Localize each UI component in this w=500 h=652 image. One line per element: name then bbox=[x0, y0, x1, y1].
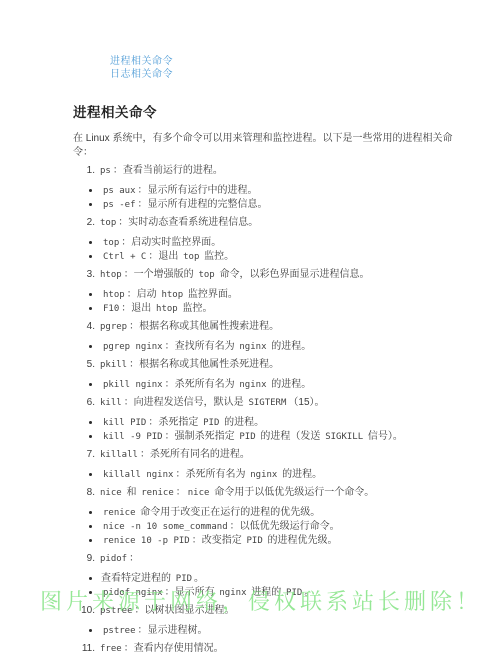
inline-code: top bbox=[100, 218, 116, 228]
list-number: 5. bbox=[81, 358, 95, 372]
list-number: 6. bbox=[81, 396, 95, 410]
inline-code: PID bbox=[286, 588, 302, 598]
section-heading: 进程相关命令 bbox=[73, 101, 472, 121]
inline-code: pgrep bbox=[100, 322, 127, 332]
command-title: 11.free：查看内存使用情况。 bbox=[81, 642, 472, 652]
command-group: 1.ps：查看当前运行的进程。ps aux：显示所有运行中的进程。ps -ef：… bbox=[81, 164, 472, 212]
inline-code: nginx bbox=[239, 380, 266, 390]
command-group: 5.pkill：根据名称或其他属性杀死进程。pkill nginx：杀死所有名为… bbox=[81, 358, 472, 392]
command-group: 4.pgrep：根据名称或其他属性搜索进程。pgrep nginx：查找所有名为… bbox=[81, 320, 472, 354]
bullet-dot-icon bbox=[89, 525, 92, 528]
bullet-dot-icon bbox=[89, 255, 92, 258]
bullet-dot-icon bbox=[89, 473, 92, 476]
bullet-list: pgrep nginx：查找所有名为 nginx 的进程。 bbox=[81, 340, 472, 354]
inline-code: ps aux bbox=[103, 186, 136, 196]
inline-code: kill bbox=[100, 398, 122, 408]
list-number: 3. bbox=[81, 268, 95, 282]
bullet-item: pkill nginx：杀死所有名为 nginx 的进程。 bbox=[89, 378, 472, 392]
inline-code: PID bbox=[203, 418, 219, 428]
command-group: 10.pstree：以树状图显示进程。pstree：显示进程树。 bbox=[81, 604, 472, 638]
command-title: 7.killall：杀死所有同名的进程。 bbox=[81, 448, 472, 462]
bullet-dot-icon bbox=[89, 591, 92, 594]
bullet-list: ps aux：显示所有运行中的进程。ps -ef：显示所有进程的完整信息。 bbox=[81, 184, 472, 212]
command-group: 2.top：实时动态查看系统进程信息。top：启动实时监控界面。Ctrl + C… bbox=[81, 216, 472, 264]
bullet-dot-icon bbox=[89, 203, 92, 206]
inline-code: SIGTERM bbox=[248, 398, 286, 408]
inline-code: PID bbox=[239, 432, 255, 442]
inline-code: htop bbox=[103, 290, 125, 300]
inline-code: pkill nginx bbox=[103, 380, 163, 390]
bullet-item: htop：启动 htop 监控界面。 bbox=[89, 288, 472, 302]
command-group: 9.pidof：查看特定进程的 PID。pidof nginx：显示所有 ngi… bbox=[81, 552, 472, 600]
inline-code: renice bbox=[141, 488, 174, 498]
bullet-dot-icon bbox=[89, 241, 92, 244]
bullet-dot-icon bbox=[89, 539, 92, 542]
bullet-item: kill -9 PID：强制杀死指定 PID 的进程（发送 SIGKILL 信号… bbox=[89, 430, 472, 444]
bullet-list: 查看特定进程的 PID。pidof nginx：显示所有 nginx 进程的 P… bbox=[81, 572, 472, 600]
bullet-item: ps aux：显示所有运行中的进程。 bbox=[89, 184, 472, 198]
inline-code: pstree bbox=[100, 606, 133, 616]
bullet-dot-icon bbox=[89, 345, 92, 348]
inline-code: ps bbox=[100, 166, 111, 176]
list-number: 10. bbox=[81, 604, 95, 618]
command-title: 1.ps：查看当前运行的进程。 bbox=[81, 164, 472, 178]
command-group: 7.killall：杀死所有同名的进程。killall nginx：杀死所有名为… bbox=[81, 448, 472, 482]
inline-code: nice -n 10 some_command bbox=[103, 522, 228, 532]
inline-code: pidof nginx bbox=[103, 588, 163, 598]
inline-code: top bbox=[183, 252, 199, 262]
bullet-item: nice -n 10 some_command：以低优先级运行命令。 bbox=[89, 520, 472, 534]
bullet-dot-icon bbox=[89, 511, 92, 514]
bullet-item: killall nginx：杀死所有名为 nginx 的进程。 bbox=[89, 468, 472, 482]
list-number: 7. bbox=[81, 448, 95, 462]
list-number: 4. bbox=[81, 320, 95, 334]
bullet-item: pgrep nginx：查找所有名为 nginx 的进程。 bbox=[89, 340, 472, 354]
command-group: 11.free：查看内存使用情况。 bbox=[81, 642, 472, 652]
bullet-dot-icon bbox=[89, 307, 92, 310]
bullet-item: top：启动实时监控界面。 bbox=[89, 236, 472, 250]
inline-code: PID bbox=[176, 574, 192, 584]
bullet-list: pkill nginx：杀死所有名为 nginx 的进程。 bbox=[81, 378, 472, 392]
inline-code: free bbox=[100, 644, 122, 652]
command-title: 9.pidof： bbox=[81, 552, 472, 566]
toc-links: 进程相关命令 日志相关命令 bbox=[110, 55, 472, 81]
inline-code: pidof bbox=[100, 554, 127, 564]
bullet-dot-icon bbox=[89, 421, 92, 424]
inline-code: pkill bbox=[100, 360, 127, 370]
inline-code: htop bbox=[156, 304, 178, 314]
list-number: 8. bbox=[81, 486, 95, 500]
bullet-item: F10：退出 htop 监控。 bbox=[89, 302, 472, 316]
bullet-list: renice 命令用于改变正在运行的进程的优先级。nice -n 10 some… bbox=[81, 506, 472, 548]
command-group: 6.kill：向进程发送信号，默认是 SIGTERM（15）。kill PID：… bbox=[81, 396, 472, 444]
inline-code: nginx bbox=[219, 588, 246, 598]
bullet-item: 查看特定进程的 PID。 bbox=[89, 572, 472, 586]
inline-code: pgrep nginx bbox=[103, 342, 163, 352]
inline-code: PID bbox=[246, 536, 262, 546]
command-title: 3.htop：一个增强版的 top 命令，以彩色界面显示进程信息。 bbox=[81, 268, 472, 282]
inline-code: nginx bbox=[239, 342, 266, 352]
toc-link-log-commands[interactable]: 日志相关命令 bbox=[110, 68, 472, 81]
inline-code: nice bbox=[100, 488, 122, 498]
bullet-dot-icon bbox=[89, 293, 92, 296]
command-title: 2.top：实时动态查看系统进程信息。 bbox=[81, 216, 472, 230]
inline-code: renice bbox=[103, 508, 136, 518]
bullet-list: killall nginx：杀死所有名为 nginx 的进程。 bbox=[81, 468, 472, 482]
inline-code: killall nginx bbox=[103, 470, 173, 480]
command-title: 5.pkill：根据名称或其他属性杀死进程。 bbox=[81, 358, 472, 372]
document-body: 进程相关命令 日志相关命令 进程相关命令 在 Linux 系统中，有多个命令可以… bbox=[0, 0, 500, 652]
inline-code: top bbox=[198, 270, 214, 280]
bullet-item: Ctrl + C：退出 top 监控。 bbox=[89, 250, 472, 264]
bullet-item: pstree：显示进程树。 bbox=[89, 624, 472, 638]
inline-code: htop bbox=[161, 290, 183, 300]
inline-code: htop bbox=[100, 270, 122, 280]
command-title: 6.kill：向进程发送信号，默认是 SIGTERM（15）。 bbox=[81, 396, 472, 410]
list-number: 2. bbox=[81, 216, 95, 230]
bullet-dot-icon bbox=[89, 383, 92, 386]
bullet-list: kill PID：杀死指定 PID 的进程。kill -9 PID：强制杀死指定… bbox=[81, 416, 472, 444]
inline-code: F10 bbox=[103, 304, 119, 314]
bullet-list: pstree：显示进程树。 bbox=[81, 624, 472, 638]
inline-code: nice bbox=[188, 488, 210, 498]
inline-code: kill -9 PID bbox=[103, 432, 163, 442]
inline-code: nginx bbox=[250, 470, 277, 480]
toc-link-process-commands[interactable]: 进程相关命令 bbox=[110, 55, 472, 68]
bullet-item: kill PID：杀死指定 PID 的进程。 bbox=[89, 416, 472, 430]
inline-code: ps -ef bbox=[103, 200, 136, 210]
inline-code: top bbox=[103, 238, 119, 248]
command-group: 3.htop：一个增强版的 top 命令，以彩色界面显示进程信息。htop：启动… bbox=[81, 268, 472, 316]
command-title: 4.pgrep：根据名称或其他属性搜索进程。 bbox=[81, 320, 472, 334]
inline-code: SIGKILL bbox=[325, 432, 363, 442]
bullet-dot-icon bbox=[89, 189, 92, 192]
intro-paragraph: 在 Linux 系统中，有多个命令可以用来管理和监控进程。以下是一些常用的进程相… bbox=[73, 132, 472, 160]
command-list: 1.ps：查看当前运行的进程。ps aux：显示所有运行中的进程。ps -ef：… bbox=[81, 164, 472, 652]
bullet-item: renice 命令用于改变正在运行的进程的优先级。 bbox=[89, 506, 472, 520]
list-number: 11. bbox=[81, 642, 95, 652]
bullet-item: renice 10 -p PID：改变指定 PID 的进程优先级。 bbox=[89, 534, 472, 548]
list-number: 9. bbox=[81, 552, 95, 566]
inline-code: pstree bbox=[103, 626, 136, 636]
inline-code: kill PID bbox=[103, 418, 146, 428]
command-title: 10.pstree：以树状图显示进程。 bbox=[81, 604, 472, 618]
bullet-list: htop：启动 htop 监控界面。F10：退出 htop 监控。 bbox=[81, 288, 472, 316]
bullet-dot-icon bbox=[89, 577, 92, 580]
inline-code: killall bbox=[100, 450, 138, 460]
list-number: 1. bbox=[81, 164, 95, 178]
bullet-item: pidof nginx：显示所有 nginx 进程的 PID。 bbox=[89, 586, 472, 600]
inline-code: renice 10 -p PID bbox=[103, 536, 190, 546]
inline-code: Ctrl + C bbox=[103, 252, 146, 262]
bullet-item: ps -ef：显示所有进程的完整信息。 bbox=[89, 198, 472, 212]
bullet-list: top：启动实时监控界面。Ctrl + C：退出 top 监控。 bbox=[81, 236, 472, 264]
command-title: 8.nice 和 renice：nice 命令用于以低优先级运行一个命令。 bbox=[81, 486, 472, 500]
bullet-dot-icon bbox=[89, 629, 92, 632]
bullet-dot-icon bbox=[89, 435, 92, 438]
command-group: 8.nice 和 renice：nice 命令用于以低优先级运行一个命令。ren… bbox=[81, 486, 472, 548]
